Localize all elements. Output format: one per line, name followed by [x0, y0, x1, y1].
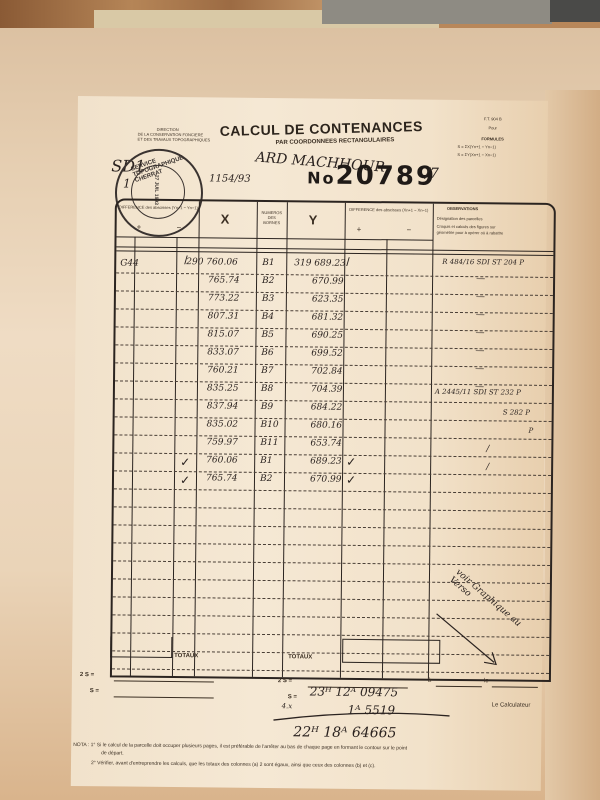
- cell-y: 670.99: [310, 474, 342, 484]
- document-number: No20789: [307, 160, 436, 191]
- cell-borne: B4: [262, 312, 274, 322]
- footer-2s-right: 2 S =: [278, 678, 292, 684]
- cell-obs: —: [475, 328, 484, 338]
- cell-borne: B2: [260, 474, 272, 484]
- cell-obs: —: [476, 292, 485, 302]
- calculateur-label: Le Calculateur: [492, 702, 531, 708]
- cell-y: 680.16: [311, 420, 343, 430]
- cell-x: 760.21: [207, 365, 239, 375]
- cell-obs: R 484/16 SDI ST 204 P: [442, 258, 524, 267]
- cell-borne: B9: [261, 402, 273, 412]
- direction-line: ET DES TRAVAUX TOPOGRAPHIQUES: [138, 137, 198, 143]
- check-mark-icon: /: [346, 255, 349, 269]
- header-minus: −: [177, 223, 182, 232]
- header-plus: +: [137, 223, 142, 232]
- cell-obs: —: [476, 310, 485, 320]
- number-suffix: /7: [425, 166, 439, 182]
- cell-obs: —: [475, 364, 484, 374]
- cell-borne: B1: [262, 258, 274, 268]
- cell-borne: B2: [262, 276, 274, 286]
- cell-x: 833.07: [207, 347, 239, 357]
- nota-line-2: de départ.: [101, 750, 124, 756]
- cell-borne: B10: [261, 420, 279, 430]
- cell-x: 765.74: [206, 473, 238, 483]
- cell-obs: /: [486, 462, 489, 472]
- check-mark-icon: ✓: [180, 455, 190, 469]
- row-line: [113, 578, 550, 584]
- header-divider: [117, 236, 434, 240]
- cell-borne: B8: [261, 384, 273, 394]
- nota-line-3: 2° Vérifier, avant d'entreprendre les ca…: [91, 760, 376, 769]
- check-mark-icon: ✓: [180, 473, 190, 487]
- col-divider: [172, 237, 178, 676]
- cell-borne: B1: [260, 456, 272, 466]
- cell-obs: A 2445/11 SDI ST 232 P: [435, 388, 521, 397]
- header-observations: OBSERVATIONS: [447, 206, 478, 211]
- row-line: [113, 542, 550, 548]
- background-wall: [322, 0, 552, 24]
- footer-s-right: S =: [288, 694, 297, 700]
- row-line: [113, 560, 550, 566]
- area-result-final: 22ᴴ 18ᴬ 64665: [293, 724, 396, 741]
- margin-note: G44: [120, 258, 139, 268]
- cell-obs: S 282 P: [503, 408, 530, 416]
- signature-place: à: [428, 678, 431, 684]
- cell-x: 835.25: [207, 383, 239, 393]
- formulas-label: FORMULES: [458, 136, 528, 142]
- footer-line: [114, 696, 214, 698]
- cell-x: 759.97: [206, 437, 238, 447]
- cell-y: 684.22: [311, 402, 343, 412]
- col-divider: [382, 239, 388, 678]
- check-mark-icon: ✓: [346, 455, 356, 469]
- direction-block: DIRECTION DE LA CONSERVATION FONCIERE ET…: [138, 127, 198, 143]
- formulas-block: F.T. 904 B Pour FORMULES S = ΣX(Yn+1 − Y…: [457, 116, 527, 158]
- totaux-label-left: TOTAUX: [174, 653, 198, 659]
- col-divider: [130, 237, 136, 676]
- header-y: Y: [309, 212, 318, 227]
- cell-borne: B5: [261, 330, 273, 340]
- formula-2: S = ΣY(Xn+1 − Xn−1): [457, 152, 527, 158]
- cell-x: 765.74: [208, 275, 240, 285]
- row-line: [114, 506, 551, 512]
- cell-x: 807.31: [208, 311, 240, 321]
- totals-box-right: [342, 639, 440, 664]
- row-line: [114, 488, 551, 494]
- cell-y: 704.39: [311, 384, 343, 394]
- background-dark-corner: [550, 0, 600, 22]
- cell-y: 623.35: [312, 294, 344, 304]
- cell-y: 670.99: [312, 276, 344, 286]
- number-value: 20789: [335, 161, 436, 192]
- cell-y: 699.52: [311, 348, 343, 358]
- cell-x: 835.02: [207, 419, 239, 429]
- header-obs-line: Désignation des parcelles: [437, 216, 483, 221]
- totaux-label-right: TOTAUX: [288, 654, 312, 660]
- cell-x: 290 760.06: [186, 257, 238, 268]
- cell-borne: B6: [261, 348, 273, 358]
- handwritten-ref: 1154/93: [209, 173, 251, 184]
- header-bornes: NUMEROS DES BORNES: [259, 210, 285, 225]
- cell-y: 689.23: [310, 456, 342, 466]
- header-minus-2: −: [407, 225, 412, 234]
- formula-1: S = ΣX(Yn+1 − Yn−1): [457, 144, 527, 150]
- signature-date: le: [484, 678, 489, 684]
- header-obs-line: Croquis et calculs des figures sur: [437, 224, 496, 230]
- signature-line: [436, 686, 482, 687]
- area-side-note: 4.x: [282, 702, 293, 710]
- cell-y: 319 689.23: [294, 258, 346, 269]
- header-plus-2: +: [357, 225, 362, 234]
- footer-s-left: S =: [90, 688, 99, 694]
- form-pour: Pour: [458, 125, 528, 131]
- number-prefix: No: [307, 168, 336, 187]
- footer-2s-left: 2 S =: [80, 672, 94, 678]
- header-x: X: [221, 212, 230, 227]
- cell-obs: —: [475, 346, 484, 356]
- cell-borne: B7: [261, 366, 273, 376]
- cell-y: 690.25: [311, 330, 343, 340]
- cell-obs: /: [486, 444, 489, 454]
- signature-line: [492, 686, 538, 687]
- cell-borne: B11: [260, 438, 278, 448]
- area-result-1: 23ᴴ 12ᴬ 09475: [310, 684, 399, 699]
- cell-obs: —: [476, 274, 485, 284]
- cell-y: 681.32: [312, 312, 344, 322]
- header-obs-line: géométrie pour à opérer où à rabattre: [437, 230, 504, 236]
- cell-x: 837.94: [207, 401, 239, 411]
- cell-x: 815.07: [207, 329, 239, 339]
- cell-x: 760.06: [206, 455, 238, 465]
- cell-y: 653.74: [310, 438, 342, 448]
- cell-borne: B3: [262, 294, 274, 304]
- check-mark-icon: ✓: [346, 473, 356, 487]
- form-title: CALCUL DE CONTENANCES: [220, 118, 423, 139]
- row-line: [114, 524, 551, 530]
- coordinates-table: DIFFERENCE des abscisses (Yn+1 − Yn−1) +…: [110, 198, 556, 682]
- header-diff-y: DIFFERENCE des abscisses (Yn+1 − Yn−1): [119, 204, 197, 210]
- footer-line: [114, 680, 214, 682]
- form-code: F.T. 904 B: [458, 116, 528, 122]
- cell-obs: P: [528, 427, 533, 435]
- cell-x: 773.22: [208, 293, 240, 303]
- contenance-form: DIRECTION DE LA CONSERVATION FONCIERE ET…: [71, 96, 548, 791]
- cell-y: 702.84: [311, 366, 343, 376]
- arrow-icon: [434, 612, 505, 673]
- form-subtitle: PAR COORDONNEES RECTANGULAIRES: [275, 137, 394, 146]
- check-mark-icon: /: [184, 253, 187, 267]
- totals-box-left: [110, 636, 172, 658]
- header-diff-x: DIFFERENCE des abscisses (Xn+1 − Xn−1): [349, 207, 429, 213]
